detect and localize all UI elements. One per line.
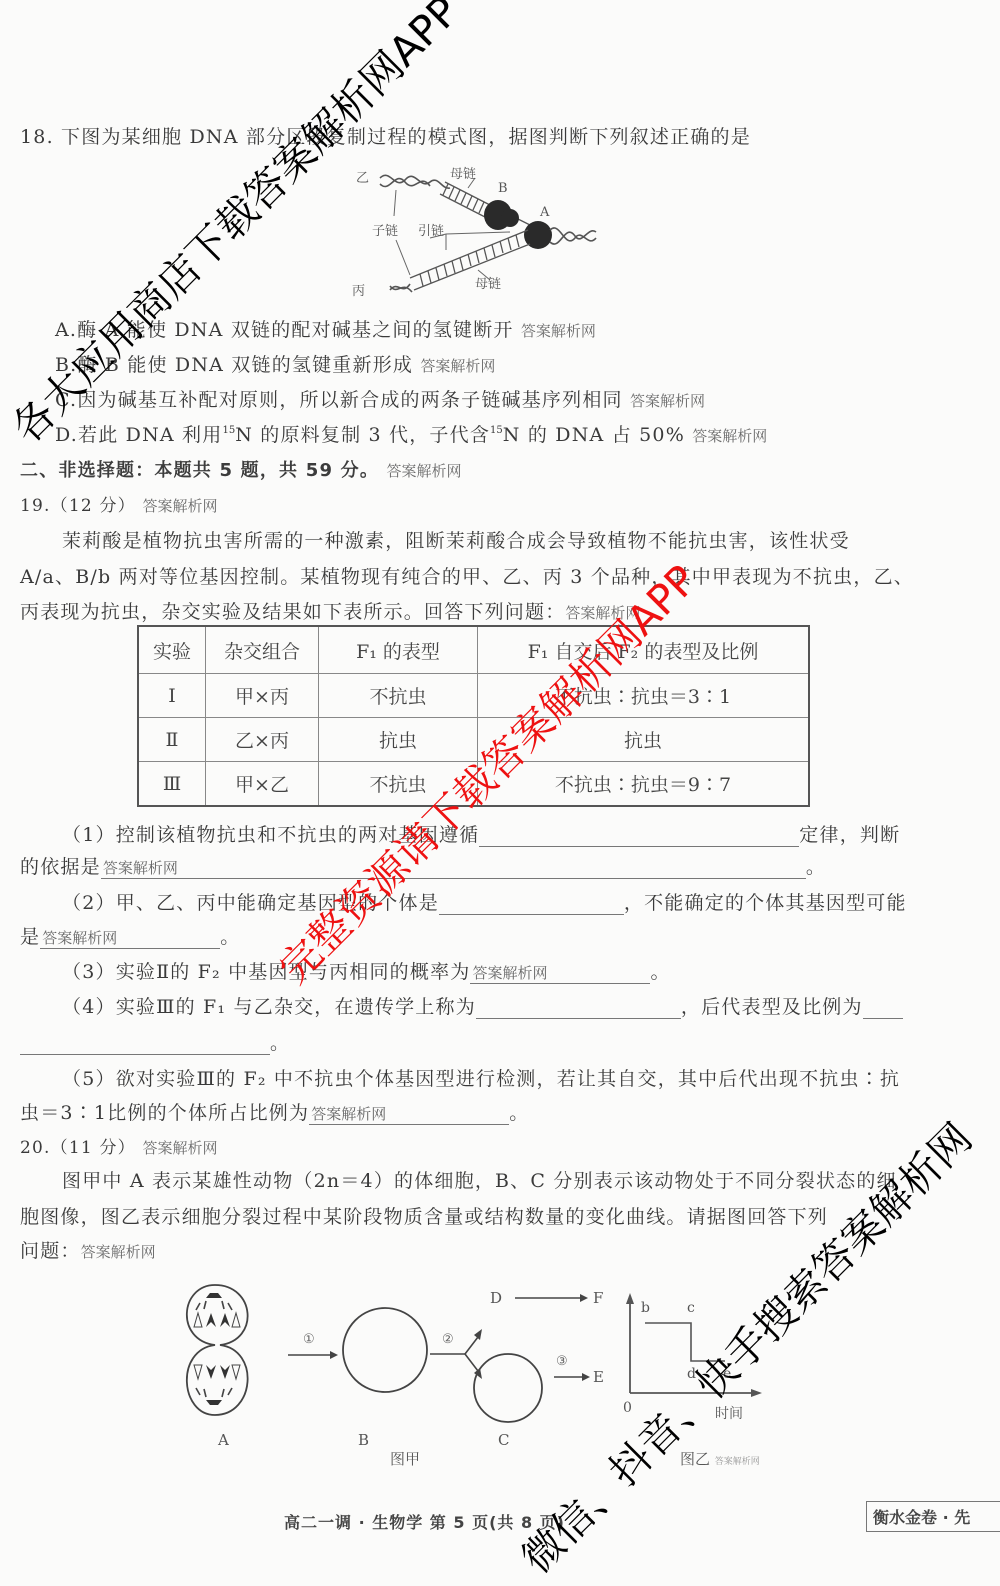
q18-option-c[interactable]: C.因为碱基互补配对原则，所以新合成的两条子链碱基序列相同 答案解析网 — [55, 385, 705, 412]
hybridization-results-table: 实验 杂交组合 F₁ 的表型 F₁ 自交后 F₂ 的表型及比例 Ⅰ 甲×丙 不抗… — [137, 625, 810, 807]
label-enzyme-b: B — [498, 181, 508, 196]
q19-sub5: （5）欲对实验Ⅲ的 F₂ 中不抗虫个体基因型进行检测，若让其自交，其中后代出现不… — [62, 1064, 900, 1091]
q19-sub2: （2）甲、乙、丙中能确定基因型的个体是，不能确定的个体其基因型可能 — [62, 888, 907, 915]
label-primer: 引链 — [418, 223, 444, 239]
cell-c — [474, 1354, 542, 1422]
answer-blank-1a[interactable] — [479, 826, 799, 847]
label-f: F — [593, 1289, 603, 1307]
step-curve — [645, 1323, 725, 1361]
q18-option-d[interactable]: D.若此 DNA 利用15N 的原料复制 3 代，子代含15N 的 DNA 占 … — [55, 420, 767, 447]
q19-sub4: （4）实验Ⅲ的 F₁ 与乙杂交，在遗传学上称为，后代表型及比例为 — [62, 992, 903, 1019]
point-c: c — [687, 1300, 695, 1316]
step-1-label: ① — [303, 1332, 315, 1347]
label-parent-top: 母链 — [450, 167, 476, 182]
label-bing: 丙 — [352, 284, 365, 299]
section-heading: 二、非选择题：本题共 5 题，共 59 分。 答案解析网 — [20, 456, 462, 482]
publisher-badge: 衡水金卷 · 先 — [866, 1501, 1000, 1532]
label-daughter: 子链 — [372, 224, 398, 239]
cell-b — [343, 1308, 427, 1392]
figure-yi-caption: 图乙 答案解析网 — [680, 1448, 760, 1469]
answer-blank-2b[interactable]: 答案解析网 — [40, 928, 220, 949]
label-a: A — [217, 1431, 229, 1445]
answer-blank-1b[interactable]: 答案解析网 — [101, 858, 806, 879]
q18-option-b[interactable]: B.酶 B 能使 DNA 双链的氢键重新形成 答案解析网 — [55, 350, 495, 377]
q20-paragraph-line-2: 胞图像，图乙表示细胞分裂过程中某阶段物质含量或结构数量的变化曲线。请据图回答下列 — [20, 1202, 828, 1229]
q19-header: 19.（12 分） 答案解析网 — [20, 491, 218, 516]
point-e: e — [723, 1366, 731, 1382]
q19-sub1-cont: 的依据是答案解析网。 — [20, 852, 826, 879]
answer-blank-4a[interactable] — [476, 998, 681, 1019]
label-c: C — [498, 1431, 509, 1445]
q19-sub4-cont: 。 — [20, 1028, 290, 1055]
answer-blank-4b[interactable] — [863, 998, 903, 1019]
figure-jia-cell-division: ① ② D F ③ E A B C — [170, 1265, 620, 1445]
label-enzyme-a: A — [539, 205, 550, 220]
q19-paragraph-line-2: A/a、B/b 两对等位基因控制。某植物现有纯合的甲、乙、丙 3 个品种，其中甲… — [20, 562, 914, 589]
q18-stem: 18. 下图为某细胞 DNA 部分区段复制过程的模式图，据图判断下列叙述正确的是 — [20, 122, 751, 149]
answer-blank-5[interactable]: 答案解析网 — [309, 1104, 509, 1125]
label-b: B — [358, 1431, 369, 1445]
q19-sub3: （3）实验Ⅱ的 F₂ 中基因型与丙相同的概率为答案解析网。 — [62, 957, 671, 984]
answer-blank-4c[interactable] — [20, 1034, 270, 1055]
q19-sub5-cont: 虫＝3∶1比例的个体所占比例为答案解析网。 — [20, 1098, 529, 1125]
answer-blank-2a[interactable] — [439, 894, 624, 915]
q19-paragraph-line-1: 茉莉酸是植物抗虫害所需的一种激素，阻断茉莉酸合成会导致植物不能抗虫害，该性状受 — [62, 526, 850, 553]
step-2-label: ② — [442, 1332, 454, 1347]
table-header-row: 实验 杂交组合 F₁ 的表型 F₁ 自交后 F₂ 的表型及比例 — [138, 626, 809, 674]
dna-replication-figure: 乙 丙 母链 母链 子链 引链 B A — [350, 160, 610, 305]
q20-header: 20.（11 分） 答案解析网 — [20, 1133, 218, 1158]
exam-page: 18. 下图为某细胞 DNA 部分区段复制过程的模式图，据图判断下列叙述正确的是 — [0, 0, 1000, 1586]
q20-paragraph-line-1: 图甲中 A 表示某雄性动物（2n＝4）的体细胞，B、C 分别表示该动物处于不同分… — [62, 1166, 897, 1193]
origin-label: 0 — [623, 1400, 632, 1416]
table-row: Ⅱ 乙×丙 抗虫 抗虫 — [138, 718, 809, 762]
cell-a — [187, 1285, 248, 1415]
figure-jia-caption: 图甲 — [390, 1448, 420, 1469]
step-3-label: ③ — [556, 1354, 568, 1369]
q20-paragraph-line-3: 问题：答案解析网 — [20, 1236, 156, 1263]
x-axis-label: 时间 — [715, 1406, 743, 1422]
page-footer: 高二一调 · 生物学 第 5 页(共 8 页) — [284, 1510, 565, 1533]
answer-blank-3[interactable]: 答案解析网 — [470, 963, 650, 984]
label-yi: 乙 — [356, 171, 369, 186]
label-e: E — [593, 1368, 604, 1386]
q19-sub2-cont: 是答案解析网。 — [20, 922, 240, 949]
table-row: Ⅲ 甲×乙 不抗虫 不抗虫∶抗虫＝9∶7 — [138, 762, 809, 807]
q18-option-a[interactable]: A.酶 A 能使 DNA 双链的配对碱基之间的氢键断开 答案解析网 — [55, 315, 596, 342]
point-d: d — [687, 1366, 696, 1382]
label-d: D — [490, 1289, 502, 1307]
q19-sub1: （1）控制该植物抗虫和不抗虫的两对基因遵循定律，判断 — [62, 820, 900, 847]
point-b: b — [641, 1300, 650, 1316]
figure-yi-graph: b c d e 0 时间 — [615, 1288, 765, 1438]
label-parent-bottom: 母链 — [475, 277, 501, 292]
q19-paragraph-line-3: 丙表现为抗虫，杂交实验及结果如下表所示。回答下列问题：答案解析网 — [20, 597, 640, 624]
table-row: Ⅰ 甲×丙 不抗虫 不抗虫∶抗虫＝3∶1 — [138, 674, 809, 718]
